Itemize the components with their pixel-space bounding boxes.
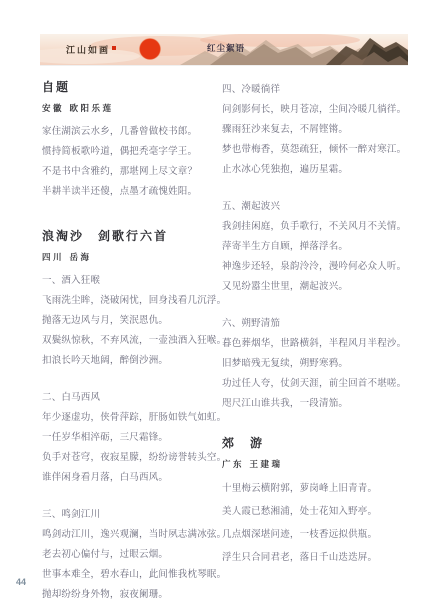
poem-line: 十里梅云横附郭，萝岗峰上旧青青。 <box>222 478 414 501</box>
poem-lines: 家住湖滨云水乡，几番曾做校书郎。 惯持简板歌吟道，偶把秃毫字学王。 不是书中含雅… <box>42 122 218 202</box>
poem-line: 抛却纷纷身外物，寂夜阑珊。 <box>42 585 218 600</box>
poem-line: 又见纷嚣尘世里，潮起波兴。 <box>222 277 414 297</box>
poem-line: 暮色葬烟华，世路横斜，半程风月半程沙。 <box>222 334 414 354</box>
stanza-subtitle: 二、白马西风 <box>42 388 218 408</box>
poem-line: 止水冰心凭独抱，遍历星霜。 <box>222 160 414 180</box>
poem-jiaoyou: 郊 游 广东 王建瑞 十里梅云横附郭，萝岗峰上旧青青。 美人霞已愁湘浦，处士花知… <box>222 436 414 570</box>
stanza-subtitle: 一、酒入狂喉 <box>42 271 218 291</box>
poem-author: 四川 岳海 <box>42 252 218 264</box>
poem-langtaosha: 浪淘沙 剑歌行六首 四川 岳海 一、酒入狂喉 飞雨洗尘眸，浇破闲忧，回身浅看几沉… <box>42 229 218 600</box>
poem-line: 问剑影何长，映月苍凉，尘间冷暖几徜徉。 <box>222 100 414 120</box>
poem-ziti: 自题 安徽 欧阳乐莲 家住湖滨云水乡，几番曾做校书郎。 惯持简板歌吟道，偶把秃毫… <box>42 80 218 202</box>
poem-line: 双鬓纵惊秋，不弃风流，一壶浊酒入狂喉。 <box>42 331 218 351</box>
poem-line: 浮生只合同君老，落日千山迭迭屏。 <box>222 547 414 570</box>
poem-line: 负手对苍穹，夜寂星朦，纷纷谤誉转头空。 <box>42 448 218 468</box>
poem-line: 萍寄半生方自顾，掸落浮名。 <box>222 237 414 257</box>
stanza-6: 六、朔野清笳 暮色葬烟华，世路横斜，半程风月半程沙。 旧梦暗残无复续，朔野寒鸦。… <box>222 314 414 414</box>
right-column: 四、冷暖徜徉 问剑影何长，映月苍凉，尘间冷暖几徜徉。 骤雨狂沙来复去，不屑铿锵。… <box>222 80 414 570</box>
stanza-4: 四、冷暖徜徉 问剑影何长，映月苍凉，尘间冷暖几徜徉。 骤雨狂沙来复去，不屑铿锵。… <box>222 80 414 180</box>
stanza-subtitle: 四、冷暖徜徉 <box>222 80 414 100</box>
poem-line: 梦也带梅香，莫怨疏狂，倾怀一醉对寒江。 <box>222 140 414 160</box>
poem-line: 家住湖滨云水乡，几番曾做校书郎。 <box>42 122 218 142</box>
poem-line: 扣浪长吟天地阔，醉倒沙洲。 <box>42 351 218 371</box>
banner-center-calligraphy: 红尘絮语 <box>207 42 245 54</box>
poem-line: 功过任人夸，仗剑天涯，前尘回首不堪嗟。 <box>222 374 414 394</box>
poem-lines: 十里梅云横附郭，萝岗峰上旧青青。 美人霞已愁湘浦，处士花知入野亭。 几点烟深堪问… <box>222 478 414 570</box>
poem-line: 我剑挂闲庭，负手歌行，不关风月不关情。 <box>222 217 414 237</box>
poem-line: 飞雨洗尘眸，浇破闲忧，回身浅看几沉浮。 <box>42 291 218 311</box>
banner-left-calligraphy: 江山如画 <box>66 43 110 56</box>
poem-line: 惯持简板歌吟道，偶把秃毫字学王。 <box>42 142 218 162</box>
page-number: 44 <box>16 577 26 587</box>
poem-title: 浪淘沙 剑歌行六首 <box>42 229 218 243</box>
stanza-3: 三、鸣剑江川 鸣剑动江川，逸兴观澜，当时夙志满冰弦。 老去初心偏付与，过眼云烟。… <box>42 505 218 600</box>
poem-line: 鸣剑动江川，逸兴观澜，当时夙志满冰弦。 <box>42 525 218 545</box>
poem-author: 安徽 欧阳乐莲 <box>42 103 218 115</box>
poem-line: 骤雨狂沙来复去，不屑铿锵。 <box>222 120 414 140</box>
stanza-subtitle: 五、潮起波兴 <box>222 197 414 217</box>
left-column: 自题 安徽 欧阳乐莲 家住湖滨云水乡，几番曾做校书郎。 惯持简板歌吟道，偶把秃毫… <box>42 80 218 600</box>
poem-line: 世事本难全，碧水春山，此间惟我枕琴眠。 <box>42 565 218 585</box>
journal-page: 江山如画 红尘絮语 自题 安徽 欧阳乐莲 家住湖滨云水乡，几番曾做校书郎。 惯持… <box>0 0 428 600</box>
poem-line: 半耕半读半还傻，点墨才疏愧姓阳。 <box>42 182 218 202</box>
poem-line: 神逸步还轻，泉韵泠泠，漫吟何必众人听。 <box>222 257 414 277</box>
stanza-subtitle: 六、朔野清笳 <box>222 314 414 334</box>
poem-line: 几点烟深堪问迹，一枝香远拟供瓶。 <box>222 524 414 547</box>
stanza-1: 一、酒入狂喉 飞雨洗尘眸，浇破闲忧，回身浅看几沉浮。 抛落无边风与月，笑泯恩仇。… <box>42 271 218 371</box>
poem-line: 美人霞已愁湘浦，处士花知入野亭。 <box>222 501 414 524</box>
poem-line: 老去初心偏付与，过眼云烟。 <box>42 545 218 565</box>
poem-author: 广东 王建瑞 <box>222 459 414 471</box>
poem-line: 抛落无边风与月，笑泯恩仇。 <box>42 311 218 331</box>
poem-line: 不是书中含雅约，那堪网上尽文章？ <box>42 162 218 182</box>
header-banner: 江山如画 红尘絮语 <box>40 34 408 66</box>
poem-title: 郊 游 <box>222 436 414 450</box>
poem-line: 一任岁华相淬砺，三尺霜锋。 <box>42 428 218 448</box>
stanza-subtitle: 三、鸣剑江川 <box>42 505 218 525</box>
stanza-5: 五、潮起波兴 我剑挂闲庭，负手歌行，不关风月不关情。 萍寄半生方自顾，掸落浮名。… <box>222 197 414 297</box>
stanza-2: 二、白马西风 年少逐虚功，侠骨萍踪，肝肠如铁气如虹。 一任岁华相淬砺，三尺霜锋。… <box>42 388 218 488</box>
poem-title: 自题 <box>42 80 218 94</box>
poem-line: 咫尺江山谁共我，一段清笳。 <box>222 394 414 414</box>
calligraphy-seal-icon <box>112 46 116 50</box>
poem-line: 谁伴闲身看月落，白马西风。 <box>42 468 218 488</box>
poem-line: 年少逐虚功，侠骨萍踪，肝肠如铁气如虹。 <box>42 408 218 428</box>
poem-line: 旧梦暗残无复续，朔野寒鸦。 <box>222 354 414 374</box>
